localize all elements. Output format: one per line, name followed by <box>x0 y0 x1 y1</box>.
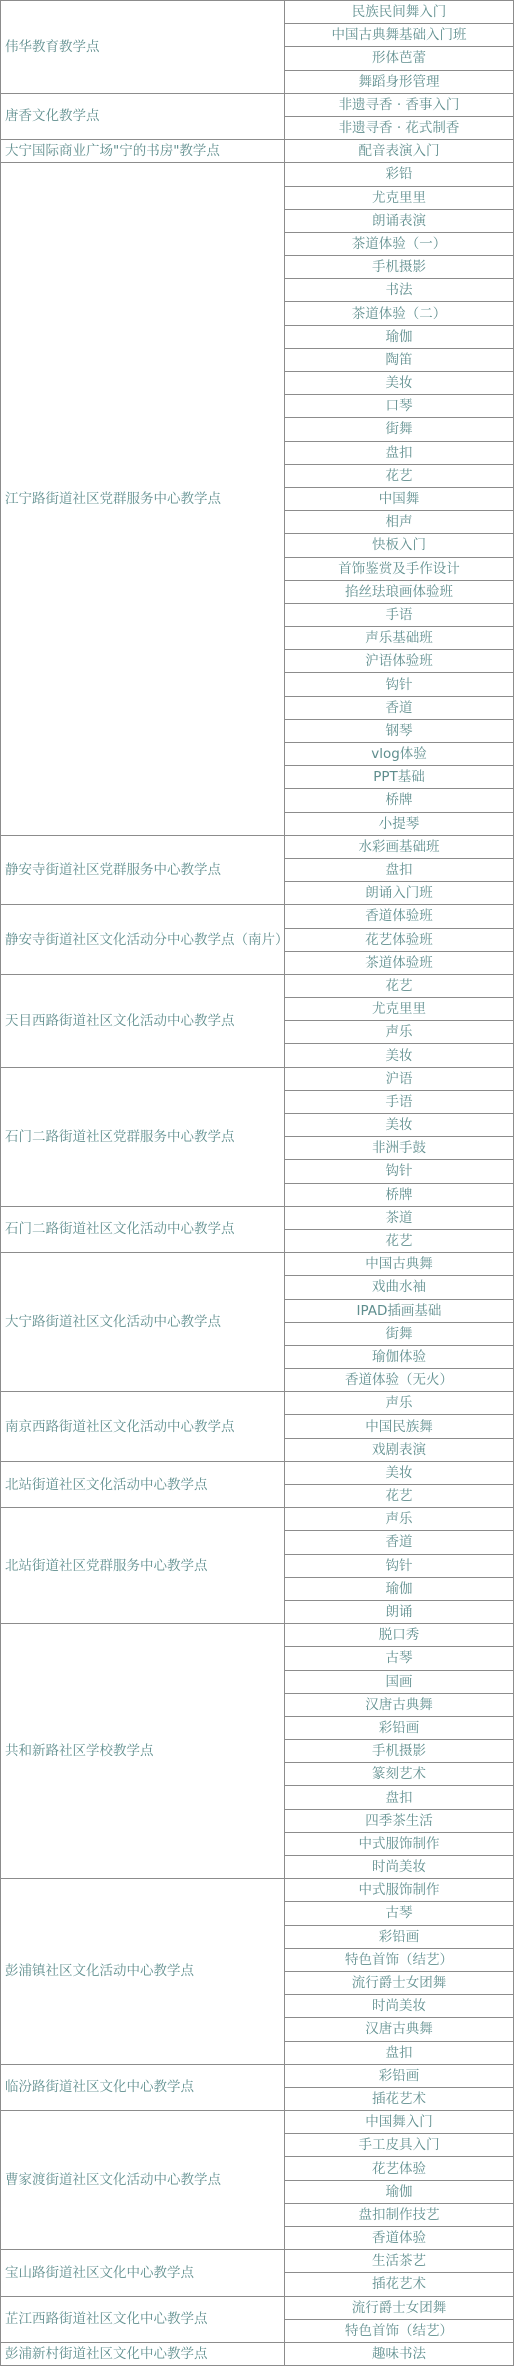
course-cell: 特色首饰（结艺） <box>285 2319 514 2342</box>
course-cell: 美妆 <box>285 1461 514 1484</box>
table-row: 江宁路街道社区党群服务中心教学点彩铅 <box>1 163 514 186</box>
course-cell: 手机摄影 <box>285 1740 514 1763</box>
course-cell: 手语 <box>285 1090 514 1113</box>
course-cell: 汉唐古典舞 <box>285 2018 514 2041</box>
course-cell: 中国古典舞 <box>285 1253 514 1276</box>
location-cell: 大宁路街道社区文化活动中心教学点 <box>1 1253 285 1392</box>
table-row: 唐香文化教学点非遗寻香 · 香事入门 <box>1 93 514 116</box>
location-cell: 石门二路街道社区文化活动中心教学点 <box>1 1206 285 1252</box>
course-cell: 特色首饰（结艺） <box>285 1948 514 1971</box>
course-cell: 非遗寻香 · 花式制香 <box>285 116 514 139</box>
course-cell: PPT基础 <box>285 766 514 789</box>
course-cell: 舞蹈身形管理 <box>285 70 514 93</box>
course-cell: 茶道体验（一） <box>285 232 514 255</box>
course-cell: 快板入门 <box>285 534 514 557</box>
table-row: 石门二路街道社区党群服务中心教学点沪语 <box>1 1067 514 1090</box>
course-cell: 香道体验（无火） <box>285 1369 514 1392</box>
course-cell: 书法 <box>285 279 514 302</box>
location-cell: 静安寺街道社区党群服务中心教学点 <box>1 835 285 905</box>
course-cell: 水彩画基础班 <box>285 835 514 858</box>
table-row: 临汾路街道社区文化中心教学点彩铅画 <box>1 2064 514 2087</box>
course-cell: 花艺 <box>285 974 514 997</box>
course-cell: 街舞 <box>285 1322 514 1345</box>
course-cell: 中国古典舞基础入门班 <box>285 24 514 47</box>
course-cell: 生活茶艺 <box>285 2250 514 2273</box>
location-cell: 曹家渡街道社区文化活动中心教学点 <box>1 2111 285 2250</box>
course-cell: 古琴 <box>285 1647 514 1670</box>
course-cell: 声乐 <box>285 1508 514 1531</box>
location-cell: 北站街道社区文化活动中心教学点 <box>1 1461 285 1507</box>
course-cell: 非遗寻香 · 香事入门 <box>285 93 514 116</box>
course-cell: 钩针 <box>285 1160 514 1183</box>
course-schedule-table: 伟华教育教学点民族民间舞入门中国古典舞基础入门班形体芭蕾舞蹈身形管理唐香文化教学… <box>0 0 514 2366</box>
course-cell: 插花艺术 <box>285 2087 514 2110</box>
course-cell: 彩铅 <box>285 163 514 186</box>
table-row: 静安寺街道社区党群服务中心教学点水彩画基础班 <box>1 835 514 858</box>
course-cell: 手工皮具入门 <box>285 2134 514 2157</box>
location-cell: 天目西路街道社区文化活动中心教学点 <box>1 974 285 1067</box>
course-cell: vlog体验 <box>285 743 514 766</box>
course-cell: 美妆 <box>285 1114 514 1137</box>
course-cell: 配音表演入门 <box>285 140 514 163</box>
table-row: 北站街道社区文化活动中心教学点美妆 <box>1 1461 514 1484</box>
course-cell: 香道 <box>285 696 514 719</box>
location-cell: 南京西路街道社区文化活动中心教学点 <box>1 1392 285 1462</box>
course-cell: 脱口秀 <box>285 1624 514 1647</box>
course-cell: 戏剧表演 <box>285 1438 514 1461</box>
table-row: 天目西路街道社区文化活动中心教学点花艺 <box>1 974 514 997</box>
course-cell: 中式服饰制作 <box>285 1879 514 1902</box>
course-cell: 首饰鉴赏及手作设计 <box>285 557 514 580</box>
course-cell: 彩铅画 <box>285 2064 514 2087</box>
location-cell: 共和新路社区学校教学点 <box>1 1624 285 1879</box>
course-cell: 瑜伽体验 <box>285 1345 514 1368</box>
course-cell: 花艺 <box>285 464 514 487</box>
course-cell: 声乐基础班 <box>285 627 514 650</box>
course-cell: 古琴 <box>285 1902 514 1925</box>
table-row: 大宁路街道社区文化活动中心教学点中国古典舞 <box>1 1253 514 1276</box>
table-body: 伟华教育教学点民族民间舞入门中国古典舞基础入门班形体芭蕾舞蹈身形管理唐香文化教学… <box>1 1 514 2366</box>
course-cell: 声乐 <box>285 1021 514 1044</box>
course-cell: 时尚美妆 <box>285 1995 514 2018</box>
course-cell: 尤克里里 <box>285 998 514 1021</box>
course-cell: 彩铅画 <box>285 1925 514 1948</box>
course-cell: 流行爵士女团舞 <box>285 1971 514 1994</box>
course-cell: 瑜伽 <box>285 2180 514 2203</box>
course-cell: 瑜伽 <box>285 1577 514 1600</box>
course-cell: 朗诵表演 <box>285 209 514 232</box>
course-cell: 香道体验 <box>285 2227 514 2250</box>
course-cell: 彩铅画 <box>285 1716 514 1739</box>
course-cell: 桥牌 <box>285 1183 514 1206</box>
course-cell: 盘扣 <box>285 441 514 464</box>
table-row: 南京西路街道社区文化活动中心教学点声乐 <box>1 1392 514 1415</box>
location-cell: 石门二路街道社区党群服务中心教学点 <box>1 1067 285 1206</box>
course-cell: 陶笛 <box>285 348 514 371</box>
table-row: 曹家渡街道社区文化活动中心教学点中国舞入门 <box>1 2111 514 2134</box>
course-cell: 花艺体验 <box>285 2157 514 2180</box>
table-row: 共和新路社区学校教学点脱口秀 <box>1 1624 514 1647</box>
course-cell: 盘扣 <box>285 858 514 881</box>
table-row: 伟华教育教学点民族民间舞入门 <box>1 1 514 24</box>
location-cell: 彭浦新村街道社区文化中心教学点 <box>1 2342 285 2365</box>
course-cell: 手语 <box>285 603 514 626</box>
course-cell: 香道体验班 <box>285 905 514 928</box>
course-cell: 相声 <box>285 511 514 534</box>
course-cell: 手机摄影 <box>285 256 514 279</box>
course-cell: 沪语 <box>285 1067 514 1090</box>
course-cell: 尤克里里 <box>285 186 514 209</box>
table-row: 彭浦新村街道社区文化中心教学点趣味书法 <box>1 2342 514 2365</box>
course-cell: 篆刻艺术 <box>285 1763 514 1786</box>
location-cell: 静安寺街道社区文化活动分中心教学点（南片） <box>1 905 285 975</box>
course-cell: 流行爵士女团舞 <box>285 2296 514 2319</box>
course-cell: 花艺体验班 <box>285 928 514 951</box>
course-cell: 盘扣 <box>285 1786 514 1809</box>
course-cell: 美妆 <box>285 372 514 395</box>
course-cell: 茶道体验（二） <box>285 302 514 325</box>
course-cell: 美妆 <box>285 1044 514 1067</box>
course-cell: 中国舞入门 <box>285 2111 514 2134</box>
table-row: 芷江西路街道社区文化中心教学点流行爵士女团舞 <box>1 2296 514 2319</box>
course-cell: 盘扣 <box>285 2041 514 2064</box>
location-cell: 宝山路街道社区文化中心教学点 <box>1 2250 285 2296</box>
course-cell: 趣味书法 <box>285 2342 514 2365</box>
course-cell: 茶道 <box>285 1206 514 1229</box>
table-row: 宝山路街道社区文化中心教学点生活茶艺 <box>1 2250 514 2273</box>
table-row: 大宁国际商业广场"宁的书房"教学点配音表演入门 <box>1 140 514 163</box>
location-cell: 芷江西路街道社区文化中心教学点 <box>1 2296 285 2342</box>
location-cell: 北站街道社区党群服务中心教学点 <box>1 1508 285 1624</box>
course-cell: 时尚美妆 <box>285 1856 514 1879</box>
course-cell: 钩针 <box>285 673 514 696</box>
location-cell: 彭浦镇社区文化活动中心教学点 <box>1 1879 285 2065</box>
table-row: 石门二路街道社区文化活动中心教学点茶道 <box>1 1206 514 1229</box>
course-cell: 形体芭蕾 <box>285 47 514 70</box>
course-cell: 口琴 <box>285 395 514 418</box>
course-cell: 朗诵入门班 <box>285 882 514 905</box>
course-cell: 瑜伽 <box>285 325 514 348</box>
table-row: 静安寺街道社区文化活动分中心教学点（南片）香道体验班 <box>1 905 514 928</box>
course-cell: 中国舞 <box>285 487 514 510</box>
course-cell: 声乐 <box>285 1392 514 1415</box>
course-cell: 国画 <box>285 1670 514 1693</box>
table-row: 北站街道社区党群服务中心教学点声乐 <box>1 1508 514 1531</box>
location-cell: 临汾路街道社区文化中心教学点 <box>1 2064 285 2110</box>
course-cell: 花艺 <box>285 1485 514 1508</box>
course-cell: 小提琴 <box>285 812 514 835</box>
course-cell: 民族民间舞入门 <box>285 1 514 24</box>
course-cell: IPAD插画基础 <box>285 1299 514 1322</box>
course-cell: 非洲手鼓 <box>285 1137 514 1160</box>
course-cell: 香道 <box>285 1531 514 1554</box>
course-cell: 茶道体验班 <box>285 951 514 974</box>
course-cell: 插花艺术 <box>285 2273 514 2296</box>
location-cell: 唐香文化教学点 <box>1 93 285 139</box>
table-row: 彭浦镇社区文化活动中心教学点中式服饰制作 <box>1 1879 514 1902</box>
course-cell: 四季茶生活 <box>285 1809 514 1832</box>
location-cell: 江宁路街道社区党群服务中心教学点 <box>1 163 285 835</box>
course-cell: 盘扣制作技艺 <box>285 2203 514 2226</box>
course-cell: 沪语体验班 <box>285 650 514 673</box>
course-cell: 花艺 <box>285 1229 514 1252</box>
course-cell: 桥牌 <box>285 789 514 812</box>
course-cell: 戏曲水袖 <box>285 1276 514 1299</box>
course-cell: 街舞 <box>285 418 514 441</box>
course-cell: 掐丝珐琅画体验班 <box>285 580 514 603</box>
course-cell: 钢琴 <box>285 719 514 742</box>
course-cell: 中国民族舞 <box>285 1415 514 1438</box>
course-cell: 朗诵 <box>285 1600 514 1623</box>
course-cell: 钩针 <box>285 1554 514 1577</box>
location-cell: 伟华教育教学点 <box>1 1 285 94</box>
course-cell: 汉唐古典舞 <box>285 1693 514 1716</box>
location-cell: 大宁国际商业广场"宁的书房"教学点 <box>1 140 285 163</box>
course-cell: 中式服饰制作 <box>285 1832 514 1855</box>
